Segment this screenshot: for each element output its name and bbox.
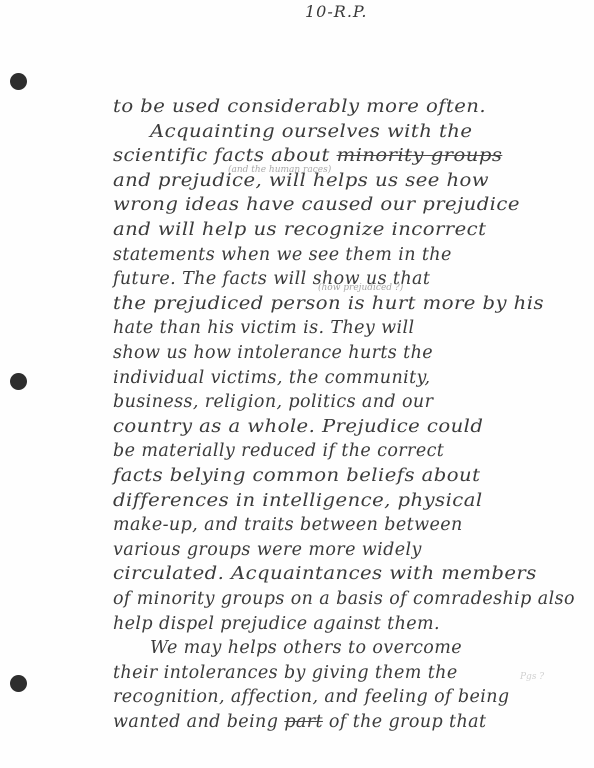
handwritten-line: wrong ideas have caused our prejudice [113, 195, 520, 215]
page-header: 10-R.P. [305, 2, 368, 21]
handwritten-line: the prejudiced person is hurt more by hi… [113, 294, 544, 314]
struck-out-text: minority groups [337, 146, 503, 166]
handwritten-line: show us how intolerance hurts the [113, 343, 433, 363]
annotation-human-races: (and the human races) [228, 165, 331, 175]
line-text: Acquainting ourselves with the [150, 122, 472, 142]
handwritten-line: individual victims, the community, [113, 368, 430, 388]
line-text: show us how intolerance hurts the [113, 343, 433, 363]
line-text: differences in intelligence, physical [113, 491, 483, 511]
line-text: make-up, and traits between between [113, 515, 463, 535]
handwritten-line: differences in intelligence, physical [113, 491, 483, 511]
line-text: wanted and being [113, 712, 284, 732]
handwritten-line: business, religion, politics and our [113, 392, 433, 412]
handwritten-line: country as a whole. Prejudice could [113, 417, 483, 437]
line-text: of minority groups on a basis of comrade… [113, 589, 575, 609]
line-text: hate than his victim is. They will [113, 318, 415, 338]
handwritten-page: 10-R.P. to be used considerably more oft… [0, 0, 594, 768]
line-text: their intolerances by giving them the [113, 663, 458, 683]
line-text: circulated. Acquaintances with members [113, 564, 537, 584]
handwritten-line: We may helps others to overcome [150, 638, 462, 658]
line-text: to be used considerably more often. [113, 97, 486, 117]
line-text: individual victims, the community, [113, 368, 430, 388]
line-text: business, religion, politics and our [113, 392, 433, 412]
struck-out-text: part [284, 712, 323, 732]
handwritten-line: their intolerances by giving them the [113, 663, 458, 683]
handwritten-line: recognition, affection, and feeling of b… [113, 687, 510, 707]
handwritten-line: hate than his victim is. They will [113, 318, 415, 338]
line-text: We may helps others to overcome [150, 638, 462, 658]
handwritten-line: make-up, and traits between between [113, 515, 463, 535]
handwritten-line: wanted and being part of the group that [113, 712, 486, 732]
handwritten-line: help dispel prejudice against them. [113, 614, 440, 634]
handwritten-line: various groups were more widely [113, 540, 422, 560]
line-text: help dispel prejudice against them. [113, 614, 440, 634]
line-text: various groups were more widely [113, 540, 422, 560]
handwritten-line: statements when we see them in the [113, 245, 452, 265]
line-text: recognition, affection, and feeling of b… [113, 687, 510, 707]
handwritten-line: facts belying common beliefs about [113, 466, 480, 486]
line-text: statements when we see them in the [113, 245, 452, 265]
hole-punch-bottom [10, 675, 27, 692]
line-text: scientific facts about [113, 146, 337, 166]
line-text: be materially reduced if the correct [113, 441, 444, 461]
line-text: and will help us recognize incorrect [113, 220, 486, 240]
handwritten-line: scientific facts about minority groups [113, 146, 502, 166]
line-text: facts belying common beliefs about [113, 466, 480, 486]
line-text: wrong ideas have caused our prejudice [113, 195, 520, 215]
handwritten-line: circulated. Acquaintances with members [113, 564, 537, 584]
handwritten-line: of minority groups on a basis of comrade… [113, 589, 575, 609]
line-text: of the group that [323, 712, 486, 732]
handwritten-line: Acquainting ourselves with the [150, 122, 472, 142]
line-text: country as a whole. Prejudice could [113, 417, 483, 437]
hole-punch-top [10, 73, 27, 90]
line-text: the prejudiced person is hurt more by hi… [113, 294, 544, 314]
handwritten-line: and will help us recognize incorrect [113, 220, 486, 240]
margin-scribble: Pgs ? [520, 672, 544, 682]
handwritten-line: be materially reduced if the correct [113, 441, 444, 461]
annotation-how-prejudiced: (how prejudiced ?) [318, 283, 403, 293]
hole-punch-middle [10, 373, 27, 390]
handwritten-line: to be used considerably more often. [113, 97, 486, 117]
